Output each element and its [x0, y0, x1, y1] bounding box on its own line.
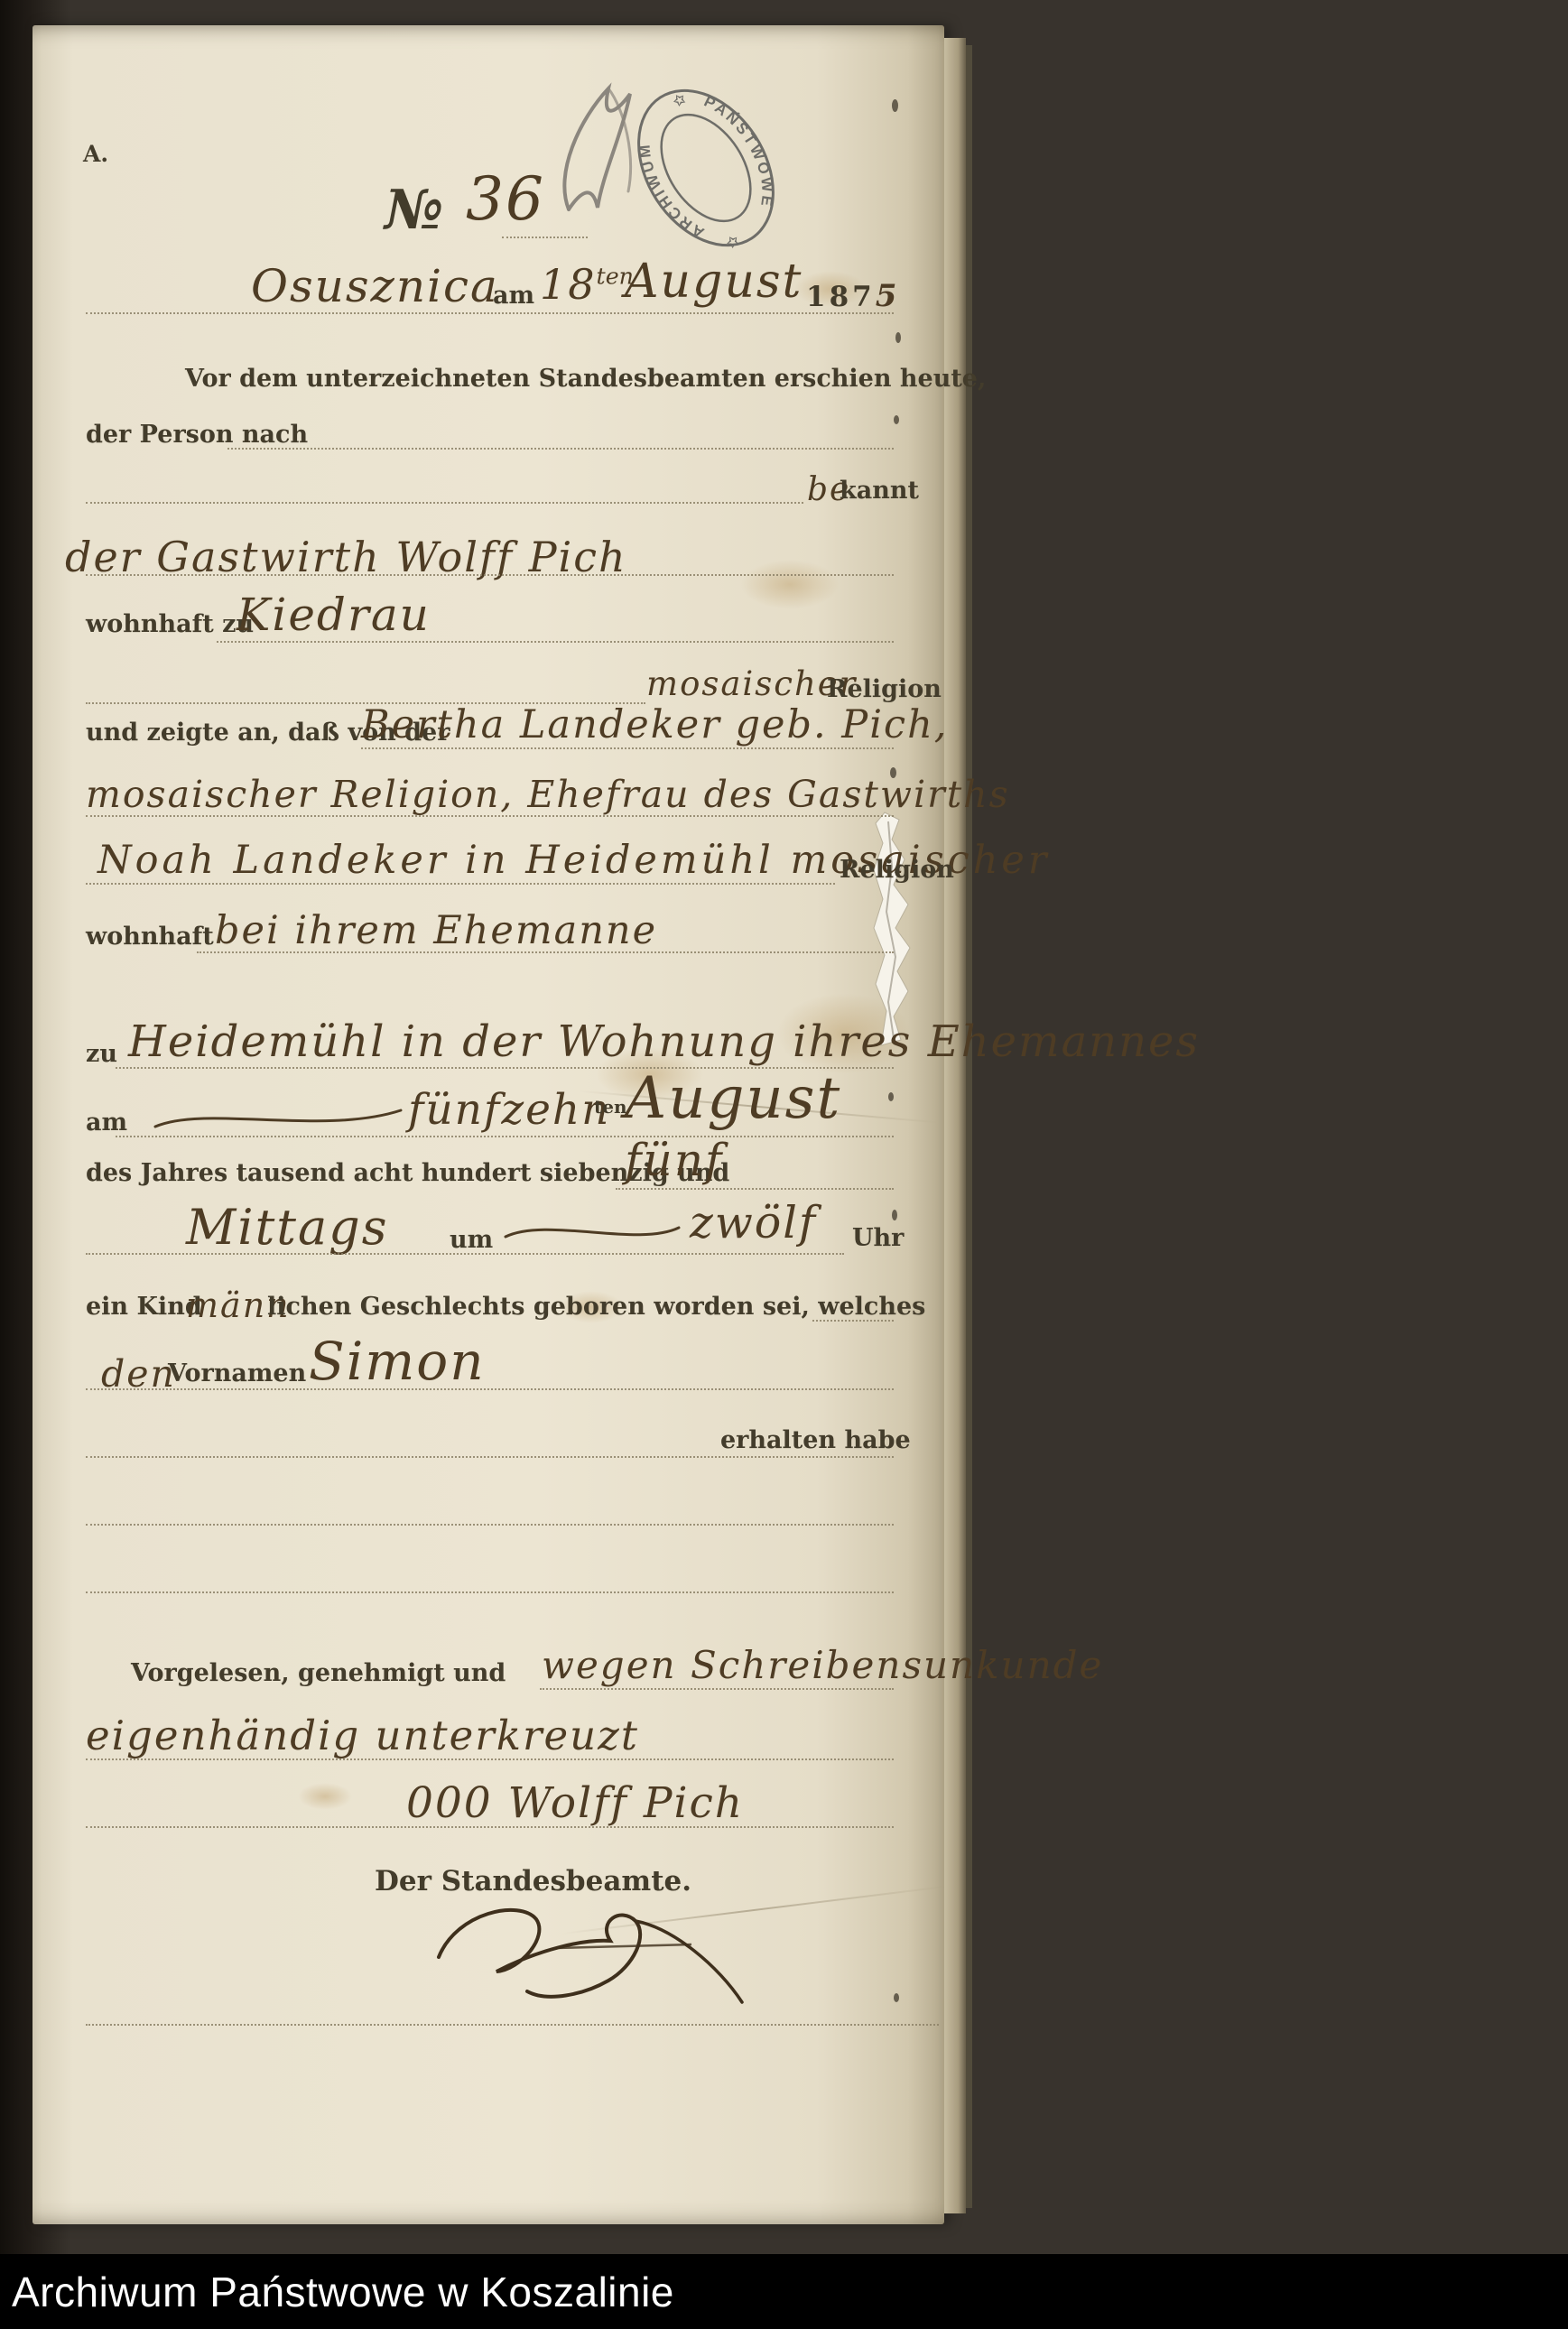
dotted-line — [116, 1136, 894, 1137]
dotted-line — [812, 1320, 894, 1322]
residence-entry: Kiedrau — [237, 589, 431, 641]
dotted-line — [616, 1188, 894, 1190]
month-entry: August — [625, 255, 803, 309]
wohnhaft2-label: wohnhaft — [86, 923, 214, 951]
mother-religion-entry: mosaischer Religion, Ehefrau des Gastwir… — [86, 773, 1010, 816]
year-word-entry: fünf — [625, 1134, 723, 1186]
vorgelesen-label: Vorgelesen, genehmigt und — [131, 1659, 506, 1687]
scanned-register-page: A. № 36 ARCHIWUM PAŃSTWOWE ✩ ✩ Osusznica… — [0, 0, 1568, 2329]
intro-line: Vor dem unterzeichneten Standesbeamten e… — [185, 365, 986, 393]
record-number-symbol: № — [385, 179, 443, 242]
stamp-text-bottom: PAŃSTWOWE — [691, 83, 796, 217]
wohnhaft-zu-label: wohnhaft zu — [86, 610, 254, 638]
ink-filler-stroke — [502, 1215, 682, 1251]
fox-stain — [740, 560, 840, 609]
birthplace-entry: Heidemühl in der Wohnung ihres Ehemannes — [128, 1016, 1200, 1067]
fox-stain — [298, 1783, 352, 1810]
dotted-line — [86, 1591, 894, 1593]
dotted-line — [86, 1826, 894, 1828]
ten-suffix-print: ten — [594, 1096, 627, 1118]
dotted-line — [86, 2024, 939, 2026]
person-nach-label: der Person nach — [86, 421, 308, 449]
binding-hole — [892, 99, 898, 112]
dotted-line — [86, 1253, 844, 1255]
ein-kind-label: ein Kind — [86, 1293, 202, 1321]
zu-label: zu — [86, 1040, 117, 1068]
closing-hand-entry: wegen Schreibensunkunde — [542, 1643, 1103, 1687]
dotted-line — [86, 883, 835, 885]
religion2-print: Religion — [840, 856, 954, 884]
dotted-line — [361, 747, 894, 749]
place-entry: Osusznica — [251, 260, 499, 312]
um-label: um — [450, 1226, 493, 1254]
dotted-line — [197, 951, 894, 953]
dotted-line — [86, 312, 894, 314]
child-sentence-print: lichen Geschlechts geboren worden sei, w… — [267, 1293, 925, 1321]
mother-name-entry: Bertha Landeker geb. Pich, — [361, 702, 948, 747]
erhalten-habe-label: erhalten habe — [720, 1426, 911, 1454]
am2-label: am — [86, 1109, 127, 1137]
record-number-value: 36 — [466, 164, 545, 234]
dotted-line — [227, 448, 894, 450]
dotted-line — [86, 815, 894, 817]
dotted-line — [540, 1688, 894, 1690]
dotted-line — [86, 1456, 894, 1458]
dotted-line — [217, 641, 894, 643]
binding-hole — [894, 1993, 899, 2002]
binding-hole — [894, 415, 899, 424]
year-written: 5 — [876, 278, 899, 314]
day-entry: 18ten — [540, 260, 634, 309]
dotted-line — [86, 574, 894, 576]
religion-print: Religion — [827, 675, 942, 703]
time-of-day-entry: Mittags — [186, 1199, 388, 1256]
bekannt-print: kannt — [840, 477, 919, 505]
birth-day-entry: fünfzehn — [408, 1085, 610, 1135]
ink-filler-stroke — [152, 1100, 404, 1139]
form-corner-label: A. — [83, 141, 108, 167]
registrar-signature — [421, 1894, 755, 2025]
binding-hole — [888, 1092, 894, 1101]
birth-month-entry: August — [625, 1065, 841, 1132]
archive-stamp: ARCHIWUM PAŃSTWOWE ✩ ✩ — [589, 70, 823, 267]
dotted-line — [502, 237, 588, 238]
hour-entry: zwölf — [690, 1197, 817, 1248]
stamp-text-top: ARCHIWUM — [623, 135, 712, 249]
dotted-line — [86, 502, 803, 504]
binding-hole — [895, 332, 901, 343]
archive-footer-bar: Archiwum Państwowe w Koszalinie — [0, 2254, 1568, 2329]
dotted-line — [86, 1758, 894, 1760]
vornamen-label: Vornamen — [168, 1359, 306, 1387]
residence2-entry: bei ihrem Ehemanne — [215, 908, 657, 953]
declarant-marks-entry: 000 Wolff Pich — [406, 1778, 744, 1828]
archive-name: Archiwum Państwowe w Koszalinie — [12, 2268, 674, 2316]
uhr-label: Uhr — [852, 1224, 904, 1252]
child-name-entry: Simon — [309, 1331, 486, 1392]
dotted-line — [86, 1388, 894, 1390]
registrar-label: Der Standesbeamte. — [375, 1865, 691, 1898]
closing2-hand-entry: eigenhändig unterkreuzt — [86, 1712, 639, 1759]
year-printed: 1875 — [806, 278, 898, 314]
stamp-star-bottom: ✩ — [723, 231, 744, 252]
dotted-line — [86, 1524, 894, 1526]
binding-hole — [892, 1210, 897, 1220]
am-label: am — [493, 282, 534, 310]
religion-hand: mosaischer — [646, 664, 857, 703]
